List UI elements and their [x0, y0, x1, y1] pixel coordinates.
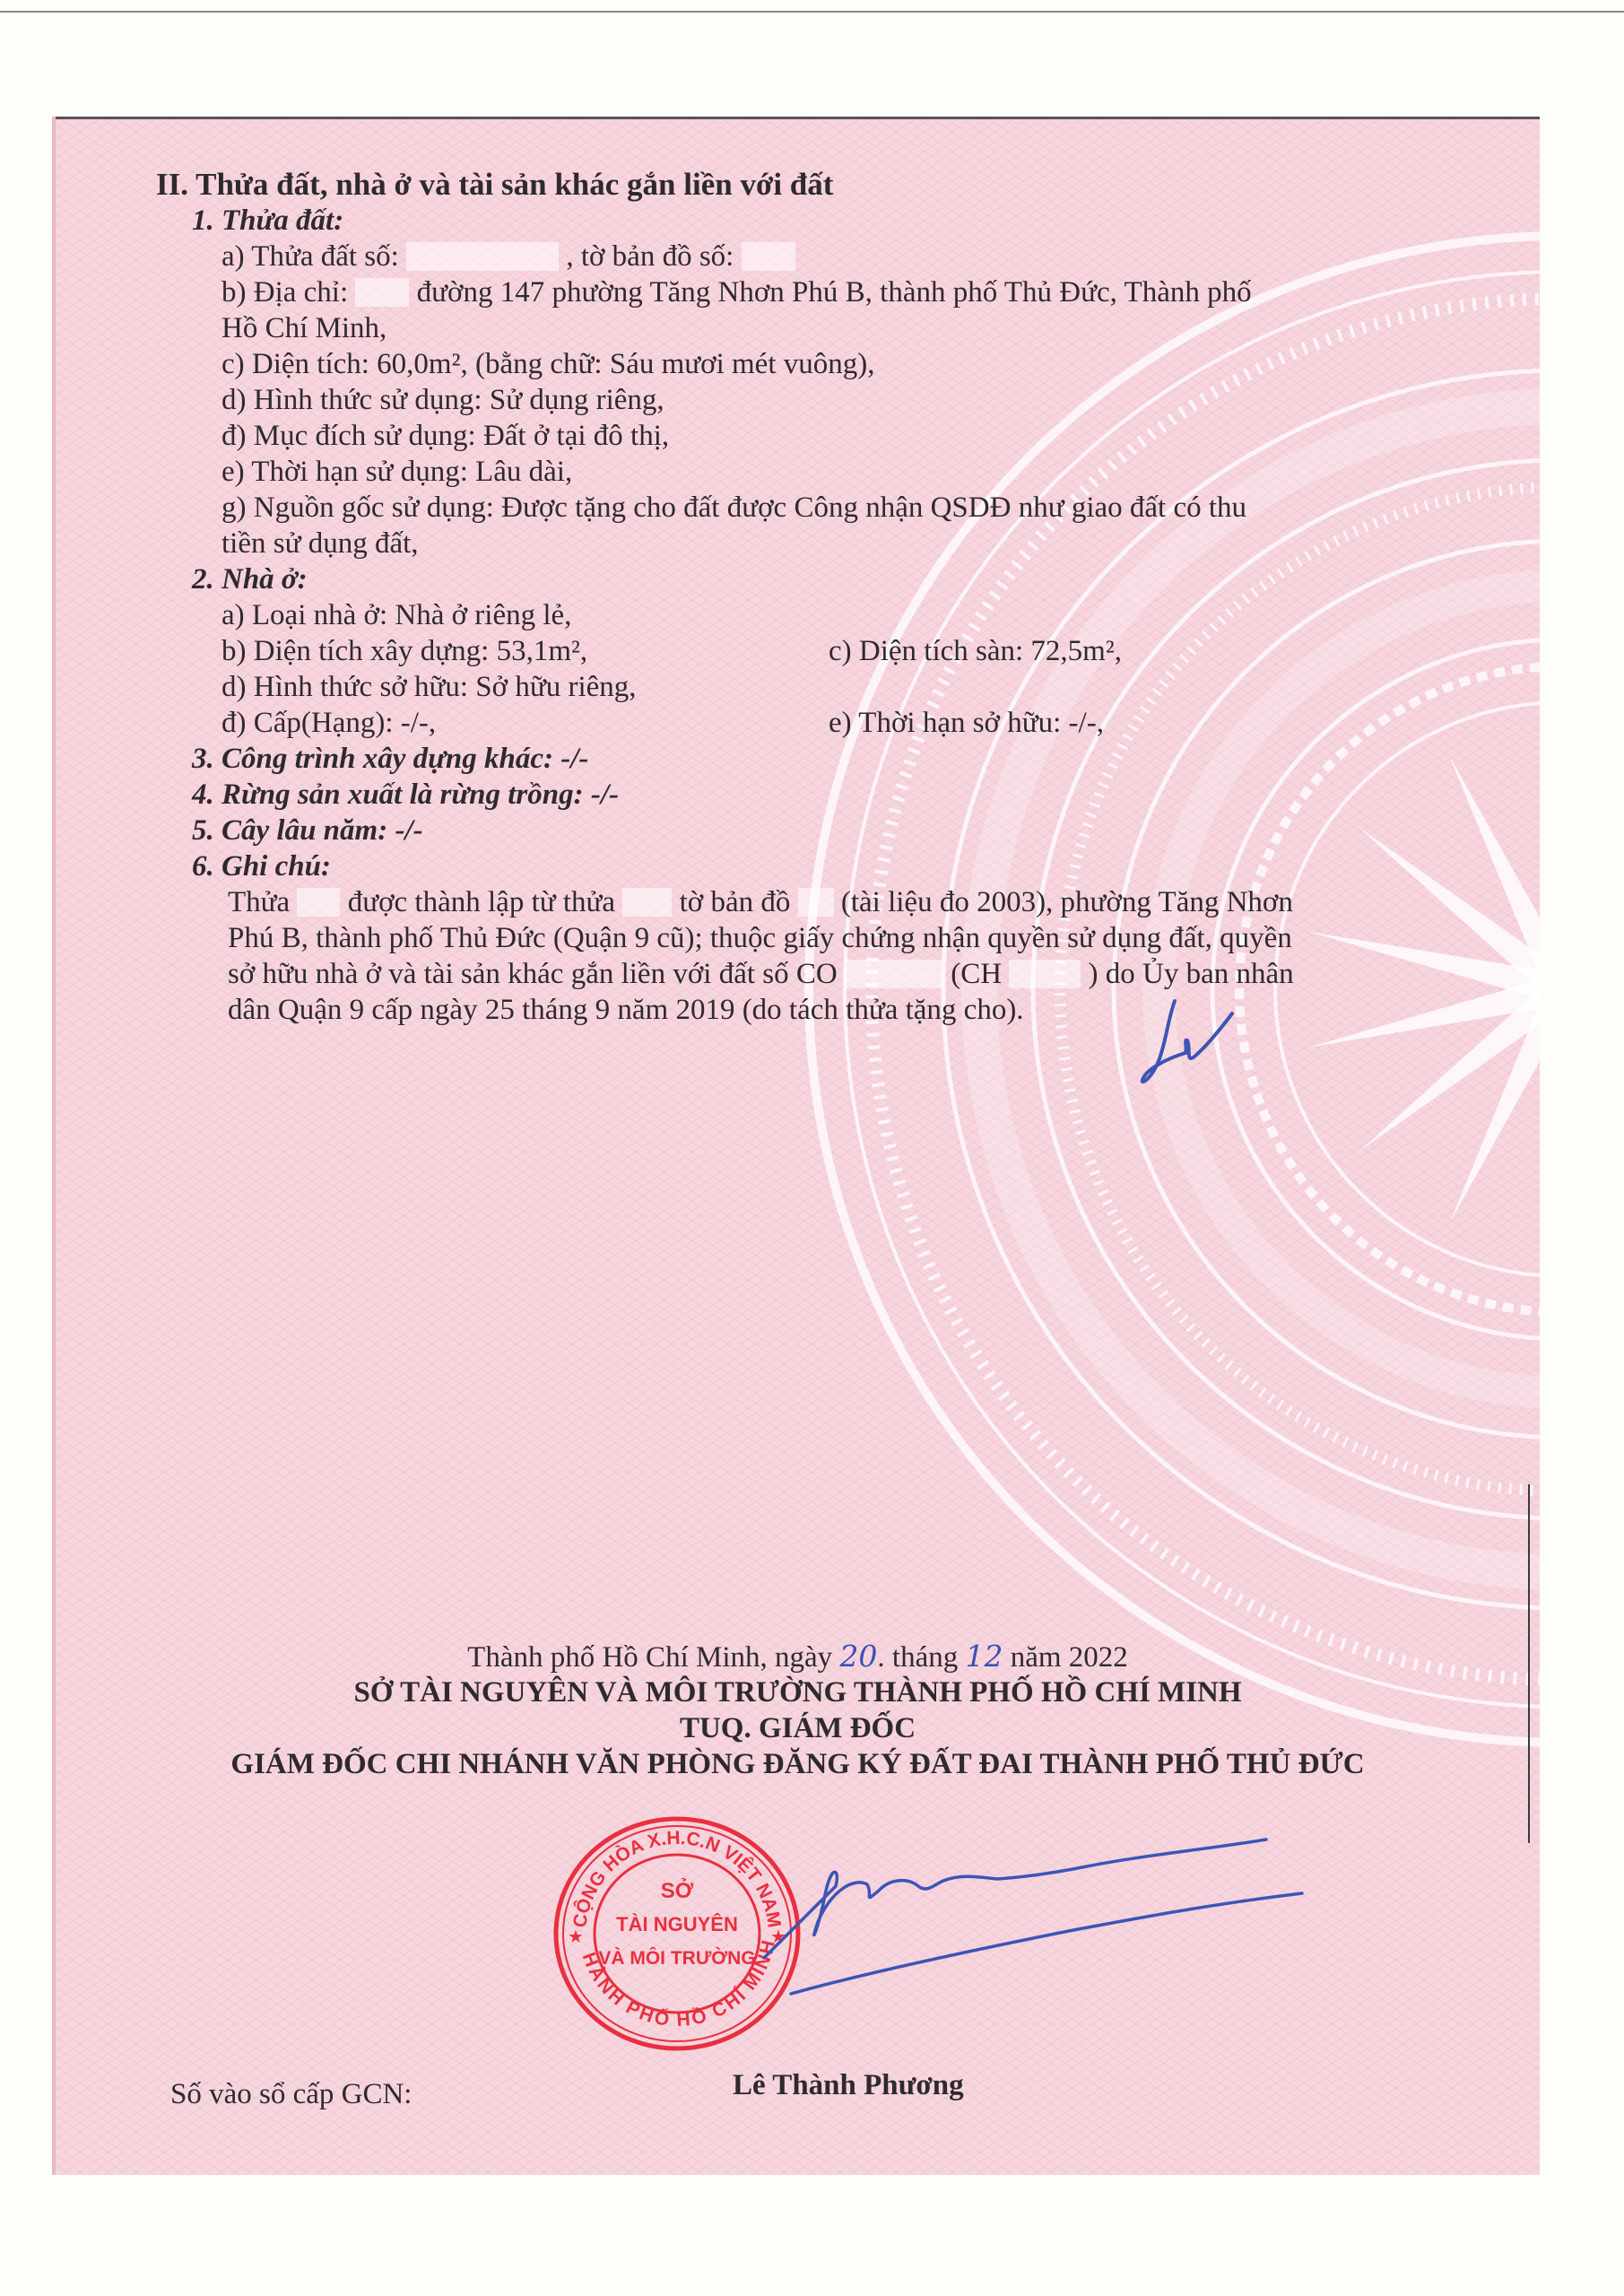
- notes-line-3: sở hữu nhà ở và tài sản khác gắn liền vớ…: [228, 956, 1294, 992]
- land-heading: 1. Thửa đất:: [192, 203, 343, 239]
- scan-right-mark: [1528, 1484, 1530, 1843]
- land-use-origin-cont: tiền sử dụng đất,: [221, 526, 419, 561]
- notes-text: sở hữu nhà ở và tài sản khác gắn liền vớ…: [228, 958, 838, 990]
- notes-text: ) do Ủy ban nhân: [1089, 958, 1294, 990]
- house-type: a) Loại nhà ở: Nhà ở riêng lẻ,: [221, 597, 571, 633]
- redacted-ch-number: [1009, 960, 1081, 988]
- redacted-parcel-number: [406, 242, 559, 271]
- date-month-label: tháng: [892, 1641, 958, 1674]
- land-parcel-number: a) Thửa đất số: , tờ bản đồ số:: [221, 239, 795, 274]
- signer-title: GIÁM ĐỐC CHI NHÁNH VĂN PHÒNG ĐĂNG KÝ ĐẤT…: [56, 1746, 1540, 1782]
- issue-date: Thành phố Hồ Chí Minh, ngày 20. tháng 12…: [56, 1639, 1540, 1675]
- notes-text: (CH: [951, 958, 1002, 990]
- house-grade: đ) Cấp(Hạng): -/-,: [221, 705, 436, 741]
- director-signature: [638, 1814, 1320, 2030]
- notes-text: được thành lập từ thửa: [348, 886, 615, 918]
- redacted-map-sheet: [742, 242, 795, 271]
- signer-name: Lê Thành Phương: [733, 2067, 964, 2103]
- house-ownership-term: e) Thời hạn sở hữu: -/-,: [829, 705, 1104, 741]
- initials-signature: [1132, 994, 1239, 1092]
- house-heading: 2. Nhà ở:: [192, 561, 308, 597]
- redacted-parcel: [297, 888, 340, 917]
- other-construction: 3. Công trình xây dựng khác: -/-: [192, 741, 588, 777]
- redacted-source-parcel: [622, 888, 672, 917]
- address-label: b) Địa chỉ:: [221, 276, 348, 309]
- land-use-term: e) Thời hạn sử dụng: Lâu dài,: [221, 454, 572, 490]
- notes-heading: 6. Ghi chú:: [192, 848, 331, 884]
- house-floor-area: c) Diện tích sàn: 72,5m²,: [829, 633, 1122, 669]
- notes-text: Thửa: [228, 886, 290, 918]
- scan-top-edge: [0, 11, 1624, 13]
- redacted-house-number: [355, 278, 409, 307]
- redacted-certificate-number: [845, 960, 943, 988]
- certificate-page: II. Thửa đất, nhà ở và tài sản khác gắn …: [56, 117, 1540, 2175]
- notes-line-2: Phú B, thành phố Thủ Đức (Quận 9 cũ); th…: [228, 920, 1292, 956]
- land-use-purpose: đ) Mục đích sử dụng: Đất ở tại đô thị,: [221, 418, 669, 454]
- notes-text: (tài liệu đo 2003), phường Tăng Nhơn: [841, 886, 1293, 918]
- notes-text: tờ bản đồ: [680, 886, 791, 918]
- notes-line-1: Thửa được thành lập từ thửa tờ bản đồ (t…: [228, 884, 1293, 920]
- date-day: 20: [839, 1639, 877, 1674]
- date-prefix: Thành phố Hồ Chí Minh, ngày: [467, 1641, 832, 1674]
- perennial-trees: 5. Cây lâu năm: -/-: [192, 813, 423, 848]
- redacted-source-map: [798, 888, 834, 917]
- notes-line-4: dân Quận 9 cấp ngày 25 tháng 9 năm 2019 …: [228, 992, 1024, 1028]
- issuing-department: SỞ TÀI NGUYÊN VÀ MÔI TRƯỜNG THÀNH PHỐ HỒ…: [56, 1674, 1540, 1710]
- land-use-origin: g) Nguồn gốc sử dụng: Được tặng cho đất …: [221, 490, 1246, 526]
- house-construction-area: b) Diện tích xây dựng: 53,1m²,: [221, 633, 587, 669]
- date-month: 12: [965, 1639, 1003, 1674]
- land-area: c) Diện tích: 60,0m², (bằng chữ: Sáu mươ…: [221, 346, 874, 382]
- land-use-form: d) Hình thức sử dụng: Sử dụng riêng,: [221, 382, 664, 418]
- house-ownership-form: d) Hình thức sở hữu: Sở hữu riêng,: [221, 669, 637, 705]
- land-address: b) Địa chỉ: đường 147 phường Tăng Nhơn P…: [221, 274, 1252, 310]
- map-sheet-label: , tờ bản đồ số:: [566, 240, 734, 273]
- authorization-line: TUQ. GIÁM ĐỐC: [56, 1710, 1540, 1746]
- address-value: đường 147 phường Tăng Nhơn Phú B, thành …: [417, 276, 1252, 309]
- section-title: II. Thửa đất, nhà ở và tài sản khác gắn …: [156, 167, 833, 203]
- parcel-number-label: a) Thửa đất số:: [221, 240, 399, 273]
- registry-label: Số vào sổ cấp GCN:: [170, 2076, 412, 2112]
- stamp-star-left: ★: [568, 1927, 584, 1947]
- production-forest: 4. Rừng sản xuất là rừng trồng: -/-: [192, 777, 619, 813]
- date-year: năm 2022: [1011, 1641, 1128, 1674]
- land-address-cont: Hồ Chí Minh,: [221, 310, 386, 346]
